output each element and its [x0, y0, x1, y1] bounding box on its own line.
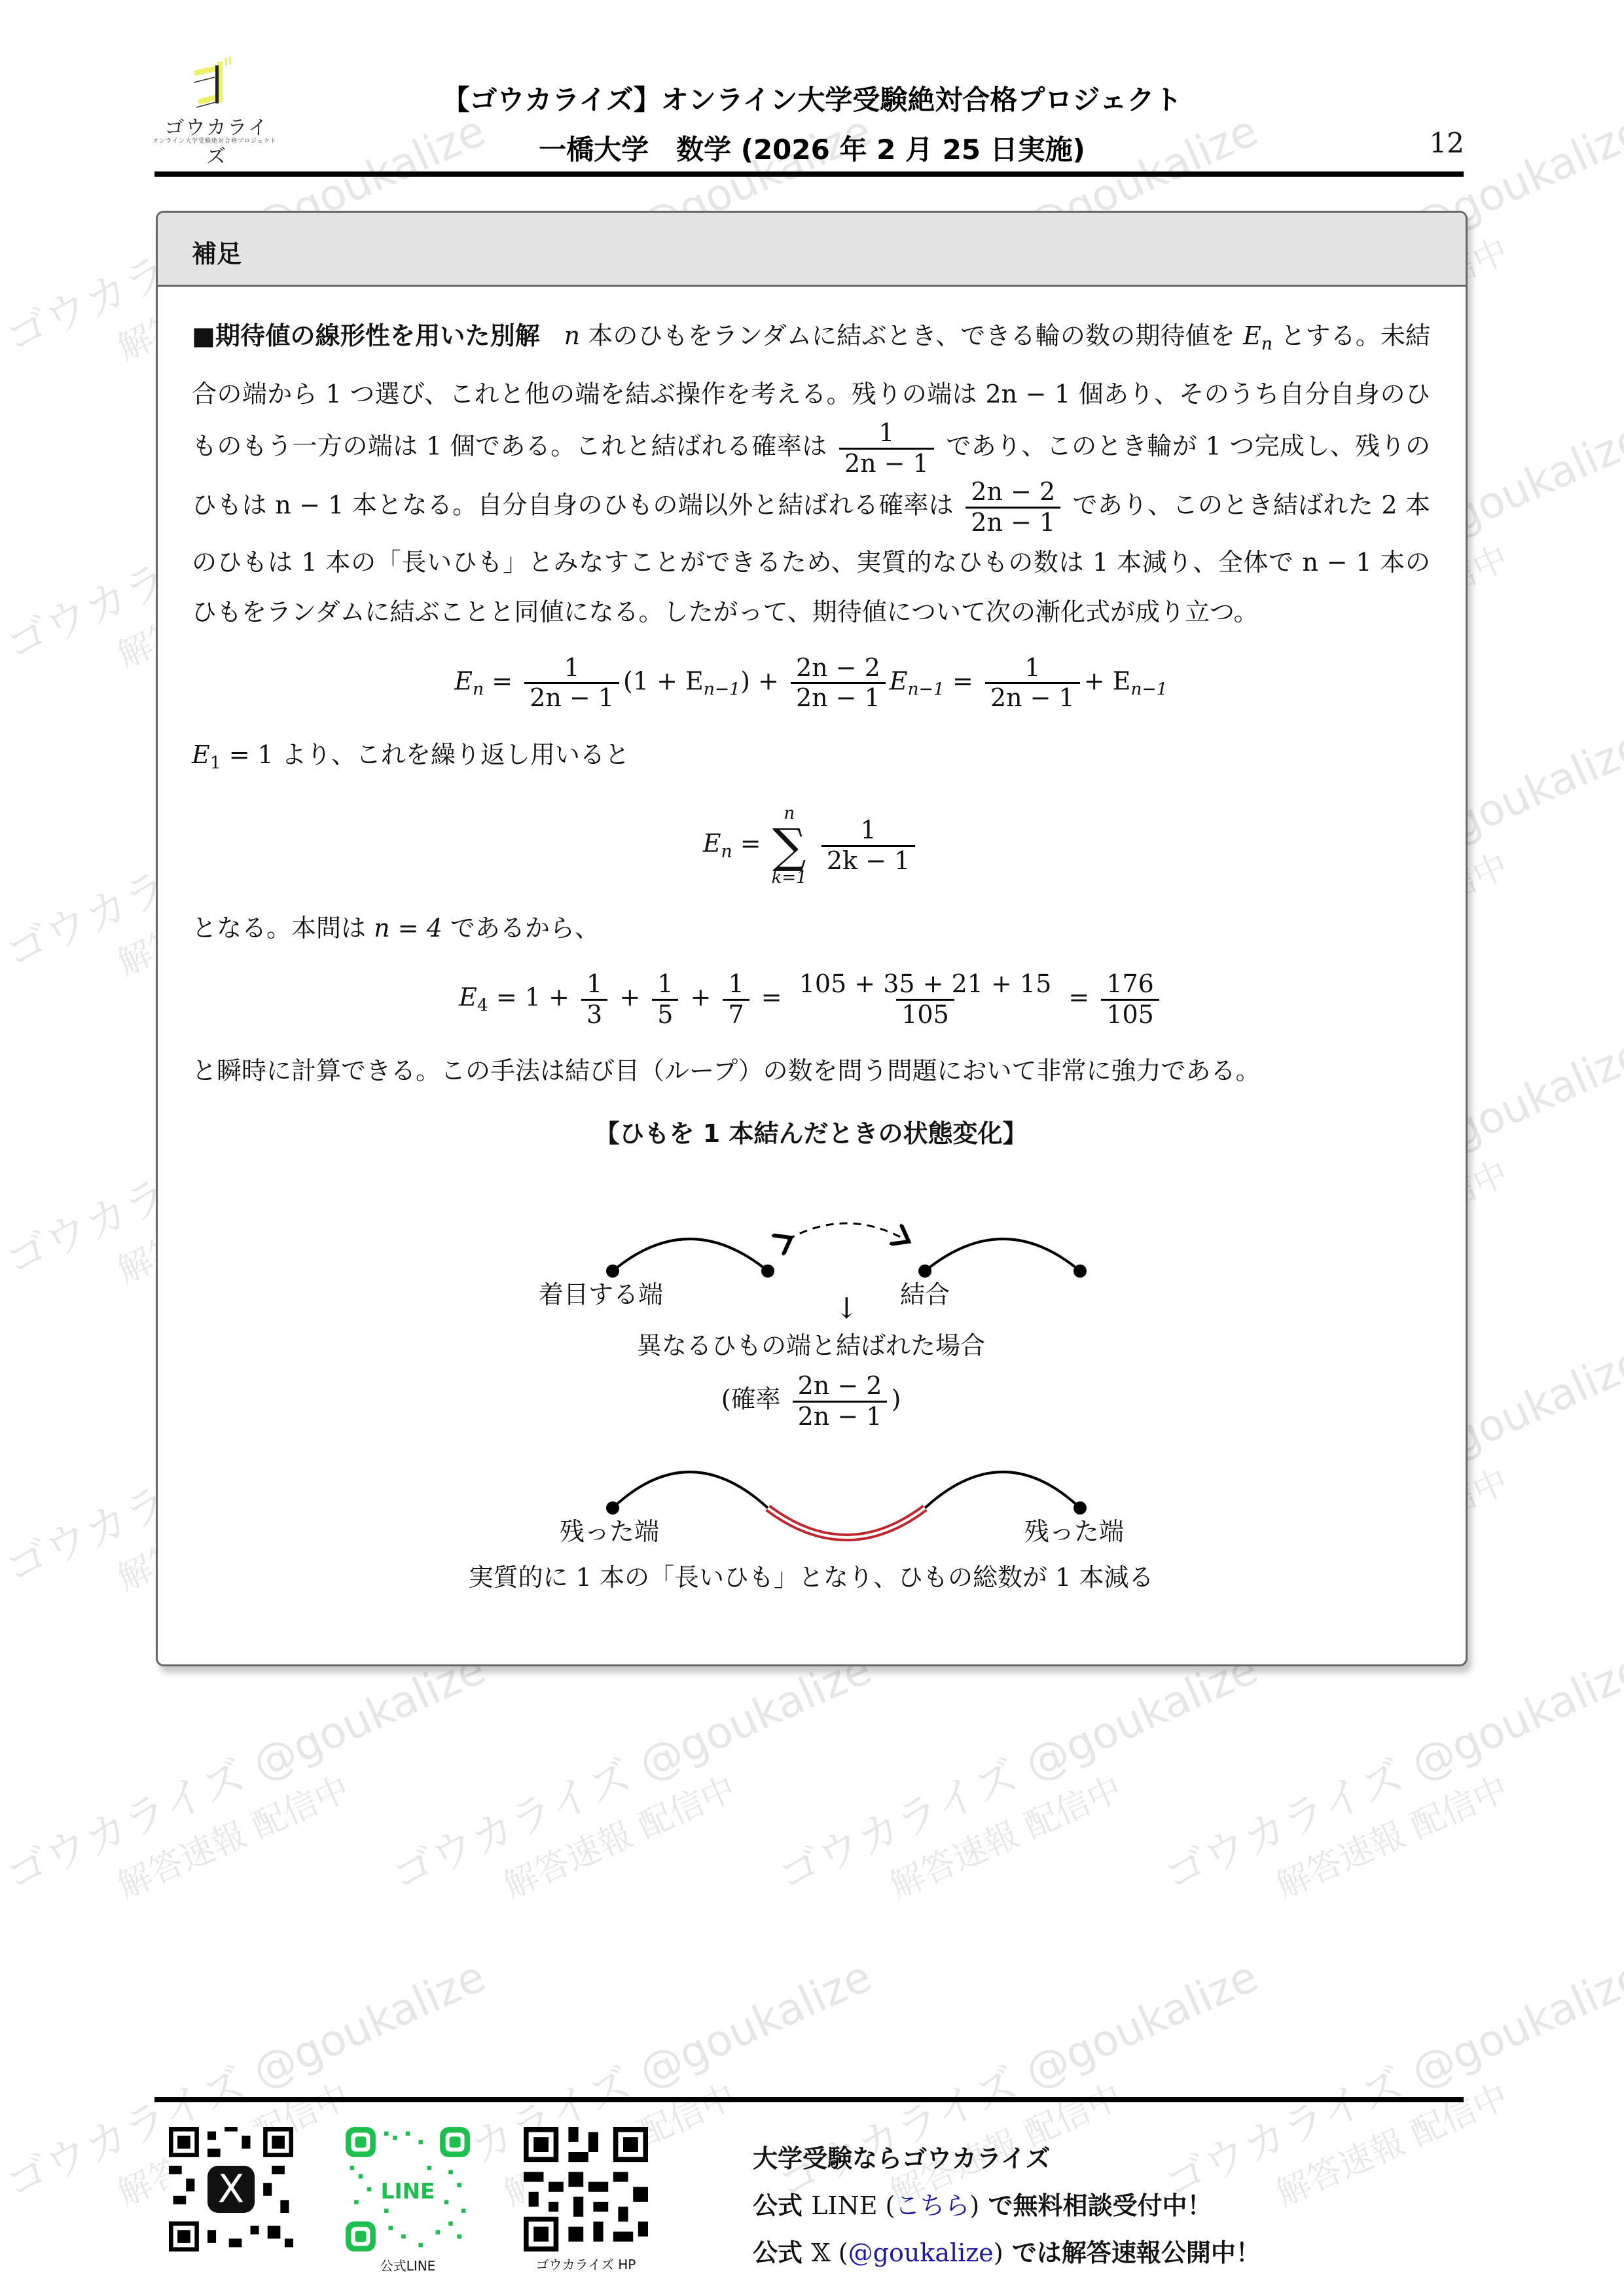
- footer-line-2: 公式 LINE (こちら) で無料相談受付中！: [753, 2182, 1261, 2229]
- supplement-box-body: ■期待値の線形性を用いた別解 n 本のひもをランダムに結ぶとき、できる輪の数の期…: [192, 311, 1430, 1626]
- initial-condition-line: E1 = 1 より、これを繰り返し用いると: [192, 730, 1430, 788]
- conclusion-text: と瞬時に計算できる。この手法は結び目（ループ）の数を問う問題において非常に強力で…: [192, 1046, 1430, 1096]
- recurrence-equation: En = 12n − 1(1 + En−1) + 2n − 22n − 1En−…: [192, 654, 1430, 713]
- footer-promo: 大学受験ならゴウカライズ 公式 LINE (こちら) で無料相談受付中！ 公式 …: [753, 2135, 1261, 2276]
- header-subtitle: 一橋大学 数学 (2026 年 2 月 25 日実施): [0, 128, 1624, 168]
- svg-text:X: X: [218, 2166, 244, 2212]
- label-focus-end: 着目する端: [539, 1280, 663, 1310]
- page-number: 12: [1430, 127, 1464, 159]
- homepage-qr-code[interactable]: [524, 2127, 648, 2251]
- supplement-box: 補足 ■期待値の線形性を用いた別解 n 本のひもをランダムに結ぶとき、できる輪の…: [156, 211, 1468, 1666]
- header-title: 【ゴウカライズ】オンライン大学受験絶対合格プロジェクト: [0, 79, 1624, 118]
- line-qr-code[interactable]: LINE: [346, 2127, 470, 2251]
- diagram-caption: 実質的に 1 本の「長いひも」となり、ひもの総数が 1 本減る: [192, 1563, 1430, 1593]
- label-join: 結合: [900, 1280, 950, 1310]
- supplement-box-header: 補足: [158, 213, 1466, 287]
- fraction: 2n − 22n − 1: [965, 478, 1060, 537]
- line-link[interactable]: こちら: [895, 2191, 969, 2220]
- footer-line-3: 公式 𝕏 (@goukalize) では解答速報公開中！: [753, 2229, 1261, 2276]
- svg-text:LINE: LINE: [381, 2179, 435, 2204]
- label-case: 異なるひもの端と結ばれた場合: [192, 1331, 1430, 1361]
- footer-line-1: 大学受験ならゴウカライズ: [753, 2135, 1261, 2182]
- string-diagram: 着目する端 結合 ↓ 異なるひもの端と結ばれた場合 (確率 2n − 22n −…: [192, 1168, 1430, 1626]
- arrow-down-icon: ↓: [835, 1292, 859, 1327]
- explanation-paragraph: ■期待値の線形性を用いた別解 n 本のひもをランダムに結ぶとき、できる輪の数の期…: [192, 311, 1430, 637]
- section-heading: ■期待値の線形性を用いた別解: [192, 321, 540, 350]
- e4-computation: E4 = 1 + 13 + 15 + 17 = 105 + 35 + 21 + …: [192, 970, 1430, 1029]
- line-qr-caption: 公式LINE: [336, 2255, 480, 2274]
- supplement-box-title: 補足: [192, 234, 242, 270]
- probability-label: (確率 2n − 22n − 1): [192, 1372, 1430, 1431]
- x-qr-code[interactable]: X: [169, 2127, 293, 2251]
- substitution-line: となる。本問は n = 4 であるから、: [192, 903, 1430, 953]
- label-left-end: 残った端: [560, 1517, 659, 1547]
- x-account-link[interactable]: @goukalize: [848, 2238, 994, 2267]
- homepage-qr-caption: ゴウカライズ HP: [514, 2254, 658, 2273]
- fraction: 12n − 1: [839, 419, 934, 478]
- label-right-end: 残った端: [1024, 1517, 1124, 1547]
- sum-equation: En = n∑k=1 12k − 1: [192, 805, 1430, 886]
- header-divider: [154, 171, 1464, 177]
- footer-divider: [154, 2097, 1464, 2102]
- diagram-title: 【ひもを 1 本結んだときの状態変化】: [192, 1109, 1430, 1158]
